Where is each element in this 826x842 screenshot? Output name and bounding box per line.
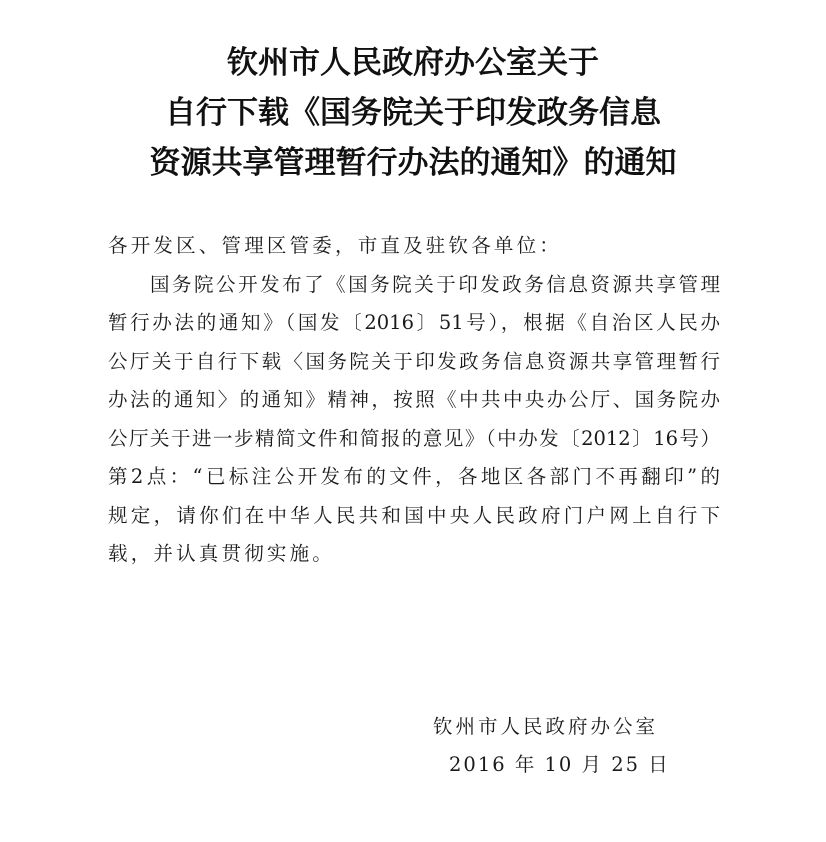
signature-block: 钦州市人民政府办公室 2016 年 10 月 25 日 — [433, 708, 670, 784]
document-title: 钦州市人民政府办公室关于 自行下载《国务院关于印发政务信息 资源共享管理暂行办法… — [0, 38, 826, 188]
document-body: 各开发区、管理区管委，市直及驻钦各单位： 国务院公开发布了《国务院关于印发政务信… — [108, 227, 720, 574]
body-line-3: 公厅关于自行下载〈国务院关于印发政务信息资源共享管理暂行 — [108, 343, 720, 382]
body-line-7: 规定，请你们在中华人民共和国中央人民政府门户网上自行下 — [108, 497, 720, 536]
title-line-3: 资源共享管理暂行办法的通知》的通知 — [0, 138, 826, 188]
body-line-8: 载，并认真贯彻实施。 — [108, 535, 720, 574]
issue-date: 2016 年 10 月 25 日 — [433, 746, 670, 784]
body-line-1: 国务院公开发布了《国务院关于印发政务信息资源共享管理 — [108, 266, 720, 305]
salutation: 各开发区、管理区管委，市直及驻钦各单位： — [108, 227, 720, 266]
issuer-name: 钦州市人民政府办公室 — [433, 708, 670, 746]
body-line-4: 办法的通知〉的通知》精神，按照《中共中央办公厅、国务院办 — [108, 381, 720, 420]
body-line-6: 第2点：“已标注公开发布的文件，各地区各部门不再翻印”的 — [108, 458, 720, 497]
title-line-2: 自行下载《国务院关于印发政务信息 — [0, 88, 826, 138]
body-line-5: 公厅关于进一步精简文件和简报的意见》（中办发〔2012〕16号） — [108, 420, 720, 459]
title-line-1: 钦州市人民政府办公室关于 — [0, 38, 826, 88]
body-line-2: 暂行办法的通知》（国发〔2016〕51号），根据《自治区人民办 — [108, 304, 720, 343]
